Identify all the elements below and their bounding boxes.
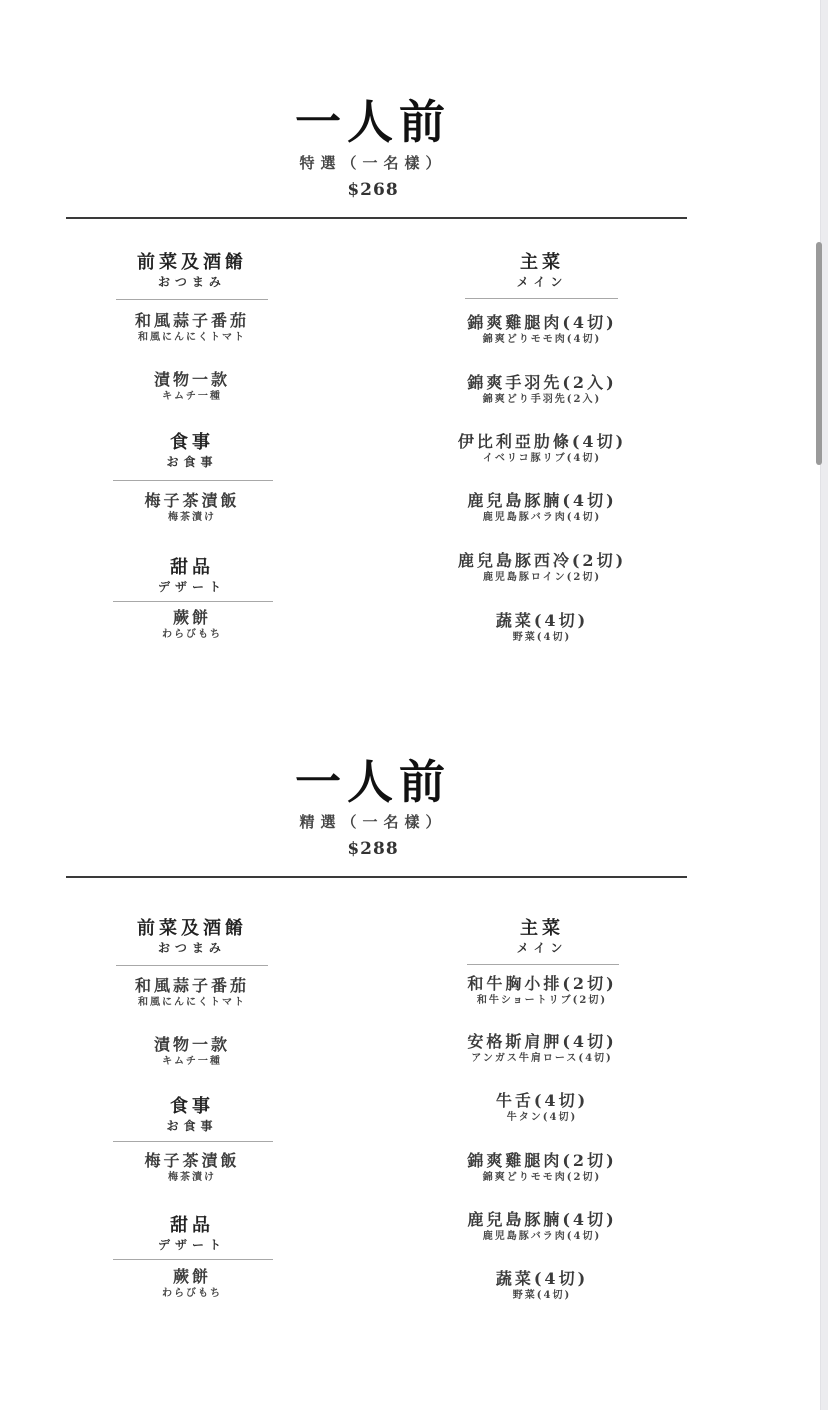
item-name: 蔬菜(4切): [440, 1269, 644, 1289]
item-sub: 野菜(4切): [440, 1289, 644, 1303]
category-name: 食事: [110, 1096, 274, 1118]
category-divider: [113, 1141, 273, 1142]
category-dessert: 甜品 デザート: [110, 1215, 274, 1253]
menu-item: 和風蒜子番茄 和風にんにくトマト: [110, 976, 274, 1010]
vertical-scrollbar-track[interactable]: [820, 0, 828, 1410]
category-name: 主菜: [440, 918, 644, 940]
menu-item: 牛舌(4切) 牛タン(4切): [440, 1091, 644, 1125]
item-name: 漬物一款: [110, 1035, 274, 1055]
item-sub: 錦爽どりモモ肉(2切): [440, 1171, 644, 1185]
menu-item: 鹿兒島豚腩(4切) 鹿児島豚バラ肉(4切): [440, 1210, 644, 1244]
item-sub: 鹿児島豚バラ肉(4切): [440, 1230, 644, 1244]
item-sub: アンガス牛肩ロース(4切): [440, 1052, 644, 1066]
left-column: 前菜及酒餚 おつまみ 和風蒜子番茄 和風にんにくトマト 漬物一款 キムチ一種 食…: [110, 0, 274, 1400]
item-name: 梅子茶漬飯: [110, 1151, 274, 1171]
item-name: 和牛胸小排(2切): [440, 974, 644, 994]
item-sub: 梅茶漬け: [110, 1171, 274, 1185]
category-sub: デザート: [110, 1237, 274, 1253]
item-sub: 和風にんにくトマト: [110, 996, 274, 1010]
category-name: 前菜及酒餚: [110, 918, 274, 940]
item-name: 錦爽雞腿肉(2切): [440, 1151, 644, 1171]
item-name: 鹿兒島豚腩(4切): [440, 1210, 644, 1230]
category-sub: おつまみ: [110, 940, 274, 956]
right-column: 主菜 メイン 和牛胸小排(2切) 和牛ショートリブ(2切) 安格斯肩胛(4切) …: [440, 0, 644, 1400]
item-sub: キムチ一種: [110, 1055, 274, 1069]
item-name: 安格斯肩胛(4切): [440, 1032, 644, 1052]
menu-item: 漬物一款 キムチ一種: [110, 1035, 274, 1069]
item-name: 牛舌(4切): [440, 1091, 644, 1111]
category-main: 主菜 メイン: [440, 918, 644, 956]
category-divider: [467, 964, 619, 965]
category-sub: メイン: [440, 940, 644, 956]
item-sub: 和牛ショートリブ(2切): [440, 994, 644, 1008]
menu-item: 蔬菜(4切) 野菜(4切): [440, 1269, 644, 1303]
category-appetizers: 前菜及酒餚 おつまみ: [110, 918, 274, 956]
menu-item: 蕨餅 わらびもち: [110, 1267, 274, 1301]
item-name: 蕨餅: [110, 1267, 274, 1287]
menu-item: 梅子茶漬飯 梅茶漬け: [110, 1151, 274, 1185]
category-sub: お食事: [110, 1118, 274, 1134]
menu-item: 和牛胸小排(2切) 和牛ショートリブ(2切): [440, 974, 644, 1008]
category-name: 甜品: [110, 1215, 274, 1237]
category-meal: 食事 お食事: [110, 1096, 274, 1134]
category-divider: [113, 1259, 273, 1260]
item-sub: わらびもち: [110, 1287, 274, 1301]
menu-item: 安格斯肩胛(4切) アンガス牛肩ロース(4切): [440, 1032, 644, 1066]
menu-page: 一人前 特選（一名樣） $268 前菜及酒餚 おつまみ 和風蒜子番茄 和風にんに…: [0, 0, 820, 1410]
category-divider: [116, 965, 268, 966]
menu-item: 錦爽雞腿肉(2切) 錦爽どりモモ肉(2切): [440, 1151, 644, 1185]
item-name: 和風蒜子番茄: [110, 976, 274, 996]
vertical-scrollbar-thumb[interactable]: [816, 242, 822, 465]
item-sub: 牛タン(4切): [440, 1111, 644, 1125]
